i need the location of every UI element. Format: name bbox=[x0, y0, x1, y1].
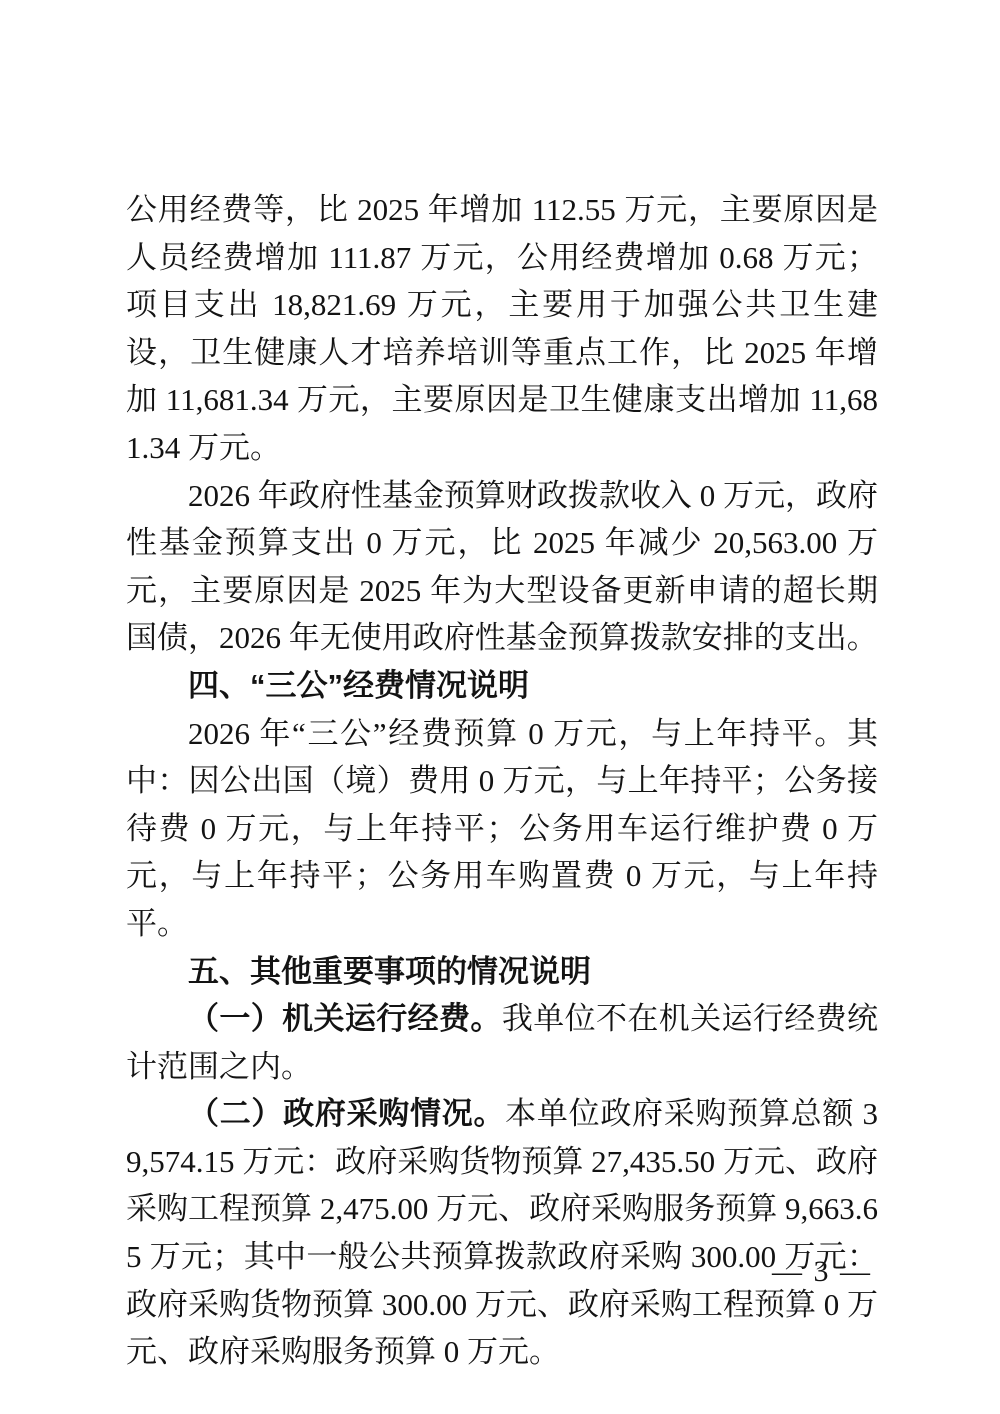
paragraph-government-fund-budget: 2026 年政府性基金预算财政拨款收入 0 万元，政府性基金预算支出 0 万元，… bbox=[126, 472, 878, 662]
paragraph-three-public-funds: 2026 年“三公”经费预算 0 万元，与上年持平。其中：因公出国（境）费用 0… bbox=[126, 710, 878, 948]
paragraph-general-budget-carryover: 公用经费等，比 2025 年增加 112.55 万元，主要原因是人员经费增加 1… bbox=[126, 186, 878, 472]
heading-three-public-funds: 四、“三公”经费情况说明 bbox=[126, 662, 878, 710]
page-content: 公用经费等，比 2025 年增加 112.55 万元，主要原因是人员经费增加 1… bbox=[126, 186, 878, 1376]
paragraph-government-procurement: （二）政府采购情况。本单位政府采购预算总额 39,574.15 万元：政府采购货… bbox=[126, 1090, 878, 1376]
document-page: 公用经费等，比 2025 年增加 112.55 万元，主要原因是人员经费增加 1… bbox=[0, 0, 1000, 1414]
subitem-label-government-procurement: （二）政府采购情况。 bbox=[188, 1096, 505, 1131]
subitem-text-government-procurement: 本单位政府采购预算总额 39,574.15 万元：政府采购货物预算 27,435… bbox=[126, 1096, 878, 1369]
paragraph-operating-expenses: （一）机关运行经费。我单位不在机关运行经费统计范围之内。 bbox=[126, 995, 878, 1090]
heading-other-important-items: 五、其他重要事项的情况说明 bbox=[126, 948, 878, 996]
page-number: — 3 — bbox=[772, 1252, 872, 1292]
subitem-label-operating-expenses: （一）机关运行经费。 bbox=[188, 1001, 502, 1036]
